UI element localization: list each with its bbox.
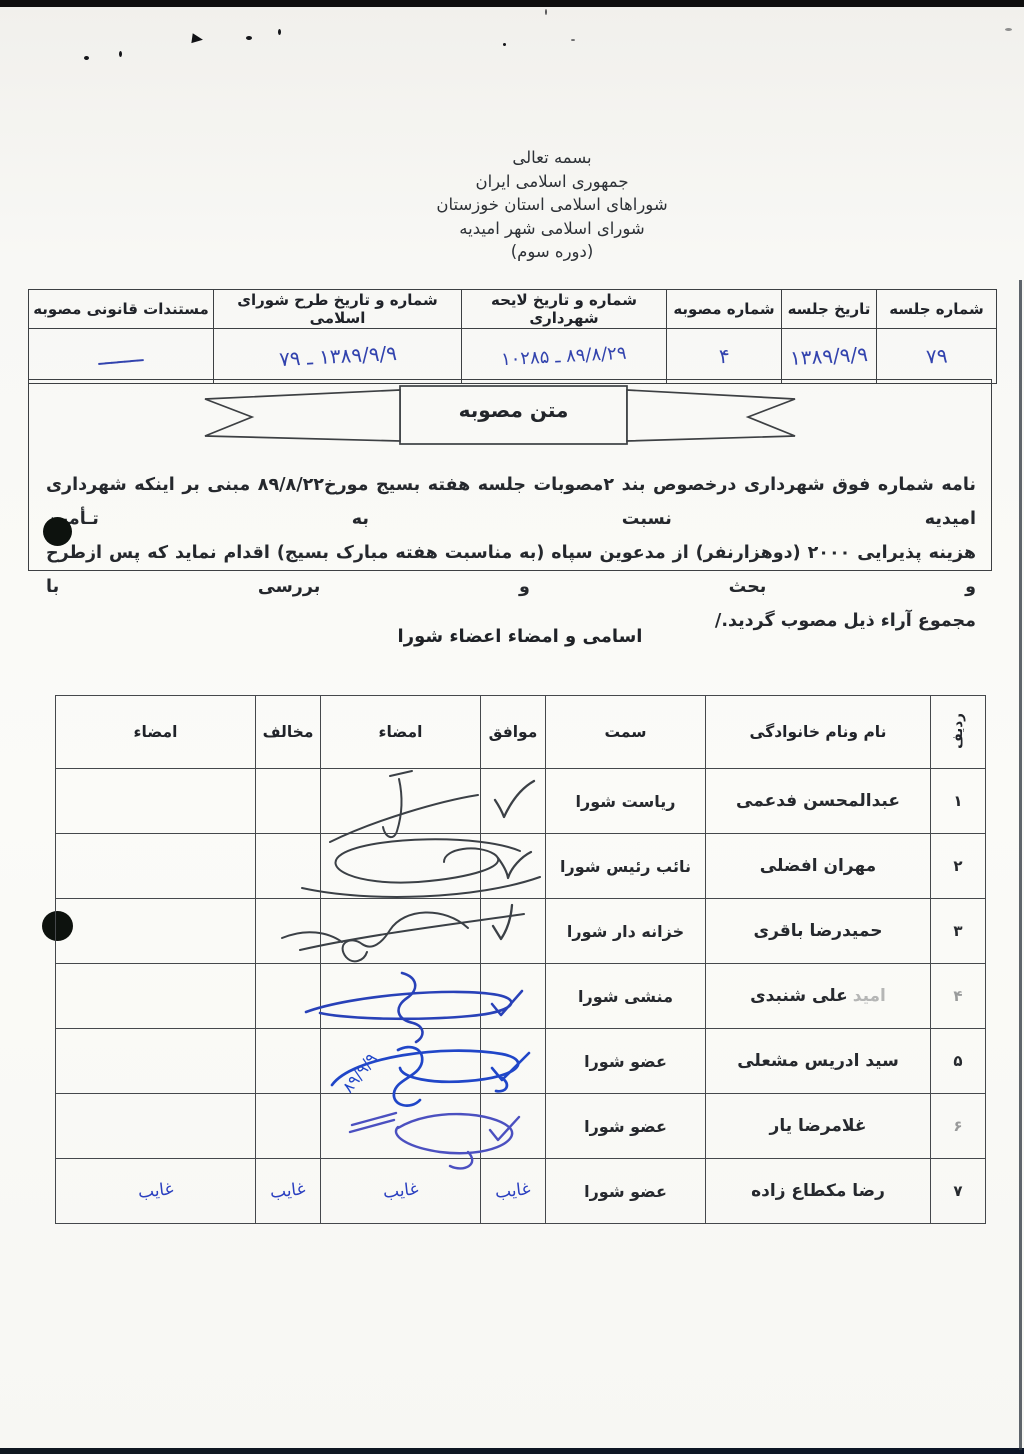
table-row: ۷ رضا مکطاع زاده عضو شورا غایب غایب غایب… — [56, 1159, 986, 1224]
member-name: سید ادریس مشعلی — [706, 1029, 931, 1094]
oppose-signature-cell — [56, 1094, 256, 1159]
row-number: ۴ — [931, 964, 986, 1029]
council-plan-value: ۱۳۸۹/۹/۹ ـ ۷۹ — [214, 329, 462, 384]
col-full-name: نام ونام خانوادگی — [706, 696, 931, 769]
absent-note: غایب — [137, 1179, 174, 1203]
agree-cell: غایب — [481, 1159, 546, 1224]
summary-value-row: ۷۹ ۱۳۸۹/۹/۹ ۴ ۸۹/۸/۲۹ ـ ۱۰۲۸۵ ۱۳۸۹/۹/۹ ـ… — [29, 329, 997, 384]
oppose-cell: غایب — [256, 1159, 321, 1224]
scan-speck — [1005, 28, 1012, 31]
letterhead-line-republic: جمهوری اسلامی ایران — [312, 170, 792, 194]
scan-speck — [246, 36, 252, 40]
resolution-line: نامه شماره فوق شهرداری درخصوص بند ۲مصوبا… — [46, 468, 976, 536]
col-row-number: ردیف — [931, 696, 986, 769]
resolution-text: نامه شماره فوق شهرداری درخصوص بند ۲مصوبا… — [46, 468, 976, 638]
absent-note: غایب — [382, 1179, 419, 1203]
col-position: سمت — [546, 696, 706, 769]
signature-cell — [321, 834, 481, 899]
legal-references-value: ـــــــ — [29, 329, 214, 384]
letterhead: بسمه تعالی جمهوری اسلامی ایران شوراهای ا… — [312, 146, 792, 264]
scan-right-edge — [1019, 280, 1022, 1450]
signature-cell — [321, 964, 481, 1029]
resolution-line: هزینه پذیرایی ۲۰۰۰ (دوهزارنفر) از مدعوین… — [46, 536, 976, 604]
table-row: ۱ عبدالمحسن فدعمی ریاست شورا — [56, 769, 986, 834]
session-number-value: ۷۹ — [877, 329, 997, 384]
members-header-row: ردیف نام ونام خانوادگی سمت موافق امضاء م… — [56, 696, 986, 769]
scan-speck — [278, 29, 281, 35]
scan-top-edge — [0, 0, 1024, 7]
oppose-cell — [256, 834, 321, 899]
members-section-title: اسامی و امضاء اعضاء شورا — [270, 626, 770, 647]
col-oppose-signature: امضاء — [56, 696, 256, 769]
row-number: ۷ — [931, 1159, 986, 1224]
letterhead-line-term: (دوره سوم) — [312, 240, 792, 264]
member-role: عضو شورا — [546, 1029, 706, 1094]
member-role: ریاست شورا — [546, 769, 706, 834]
signature-cell — [321, 1094, 481, 1159]
oppose-signature-cell: غایب — [56, 1159, 256, 1224]
member-role: خزانه دار شورا — [546, 899, 706, 964]
absent-note: غایب — [494, 1179, 531, 1203]
member-name: مهران افضلی — [706, 834, 931, 899]
agree-cell — [481, 834, 546, 899]
member-name: امیدعلی شنبدی — [706, 964, 931, 1029]
signature-cell: غایب — [321, 1159, 481, 1224]
member-role: عضو شورا — [546, 1159, 706, 1224]
summary-table: شماره جلسه تاریخ جلسه شماره مصوبه شماره … — [28, 289, 997, 384]
row-number: ۳ — [931, 899, 986, 964]
summary-header-row: شماره جلسه تاریخ جلسه شماره مصوبه شماره … — [29, 290, 997, 329]
oppose-signature-cell — [56, 899, 256, 964]
col-legal-references: مستندات قانونی مصوبه — [29, 290, 214, 329]
oppose-cell — [256, 1094, 321, 1159]
table-row: ۶ غلامرضا یار عضو شورا — [56, 1094, 986, 1159]
signature-cell — [321, 769, 481, 834]
member-name: حمیدرضا باقری — [706, 899, 931, 964]
oppose-cell — [256, 1029, 321, 1094]
agree-cell — [481, 1094, 546, 1159]
scan-speck-arrow — [191, 33, 203, 44]
resolution-number-value: ۴ — [667, 329, 782, 384]
agree-cell — [481, 1029, 546, 1094]
member-name: غلامرضا یار — [706, 1094, 931, 1159]
oppose-cell — [256, 964, 321, 1029]
member-role: نائب رئیس شورا — [546, 834, 706, 899]
col-oppose: مخالف — [256, 696, 321, 769]
member-name: عبدالمحسن فدعمی — [706, 769, 931, 834]
scan-speck — [84, 56, 89, 60]
hole-punch — [43, 517, 72, 546]
signature-cell — [321, 1029, 481, 1094]
scan-bottom-edge — [0, 1448, 1024, 1454]
col-session-date: تاریخ جلسه — [782, 290, 877, 329]
oppose-cell — [256, 899, 321, 964]
members-table: ردیف نام ونام خانوادگی سمت موافق امضاء م… — [55, 695, 986, 1224]
col-municipality-bill: شماره و تاریخ لایحه شهرداری — [462, 290, 667, 329]
member-role: عضو شورا — [546, 1094, 706, 1159]
row-number: ۵ — [931, 1029, 986, 1094]
oppose-cell — [256, 769, 321, 834]
scan-speck — [503, 43, 506, 46]
row-number: ۶ — [931, 1094, 986, 1159]
scan-speck — [545, 9, 547, 15]
signature-cell — [321, 899, 481, 964]
col-resolution-number: شماره مصوبه — [667, 290, 782, 329]
row-number: ۲ — [931, 834, 986, 899]
municipality-bill-value: ۸۹/۸/۲۹ ـ ۱۰۲۸۵ — [462, 329, 667, 384]
col-agree: موافق — [481, 696, 546, 769]
col-signature: امضاء — [321, 696, 481, 769]
oppose-signature-cell — [56, 834, 256, 899]
table-row: ۵ سید ادریس مشعلی عضو شورا — [56, 1029, 986, 1094]
session-date-value: ۱۳۸۹/۹/۹ — [782, 329, 877, 384]
scan-speck — [571, 39, 575, 41]
table-row: ۴ امیدعلی شنبدی منشی شورا — [56, 964, 986, 1029]
member-name-faint-part: امید — [853, 986, 886, 1006]
letterhead-line-province-councils: شوراهای اسلامی استان خوزستان — [312, 193, 792, 217]
oppose-signature-cell — [56, 769, 256, 834]
member-role: منشی شورا — [546, 964, 706, 1029]
member-name: رضا مکطاع زاده — [706, 1159, 931, 1224]
table-row: ۳ حمیدرضا باقری خزانه دار شورا — [56, 899, 986, 964]
agree-cell — [481, 769, 546, 834]
table-row: ۲ مهران افضلی نائب رئیس شورا — [56, 834, 986, 899]
col-session-number: شماره جلسه — [877, 290, 997, 329]
letterhead-line-bismillah: بسمه تعالی — [312, 146, 792, 170]
oppose-signature-cell — [56, 1029, 256, 1094]
scan-speck — [119, 51, 122, 57]
col-council-plan: شماره و تاریخ طرح شورای اسلامی — [214, 290, 462, 329]
oppose-signature-cell — [56, 964, 256, 1029]
letterhead-line-city-council: شورای اسلامی شهر امیدیه — [312, 217, 792, 241]
agree-cell — [481, 964, 546, 1029]
banner-title: متن مصوبه — [400, 398, 627, 422]
row-number: ۱ — [931, 769, 986, 834]
scanned-document-page: بسمه تعالی جمهوری اسلامی ایران شوراهای ا… — [0, 0, 1024, 1454]
agree-cell — [481, 899, 546, 964]
absent-note: غایب — [269, 1179, 306, 1203]
